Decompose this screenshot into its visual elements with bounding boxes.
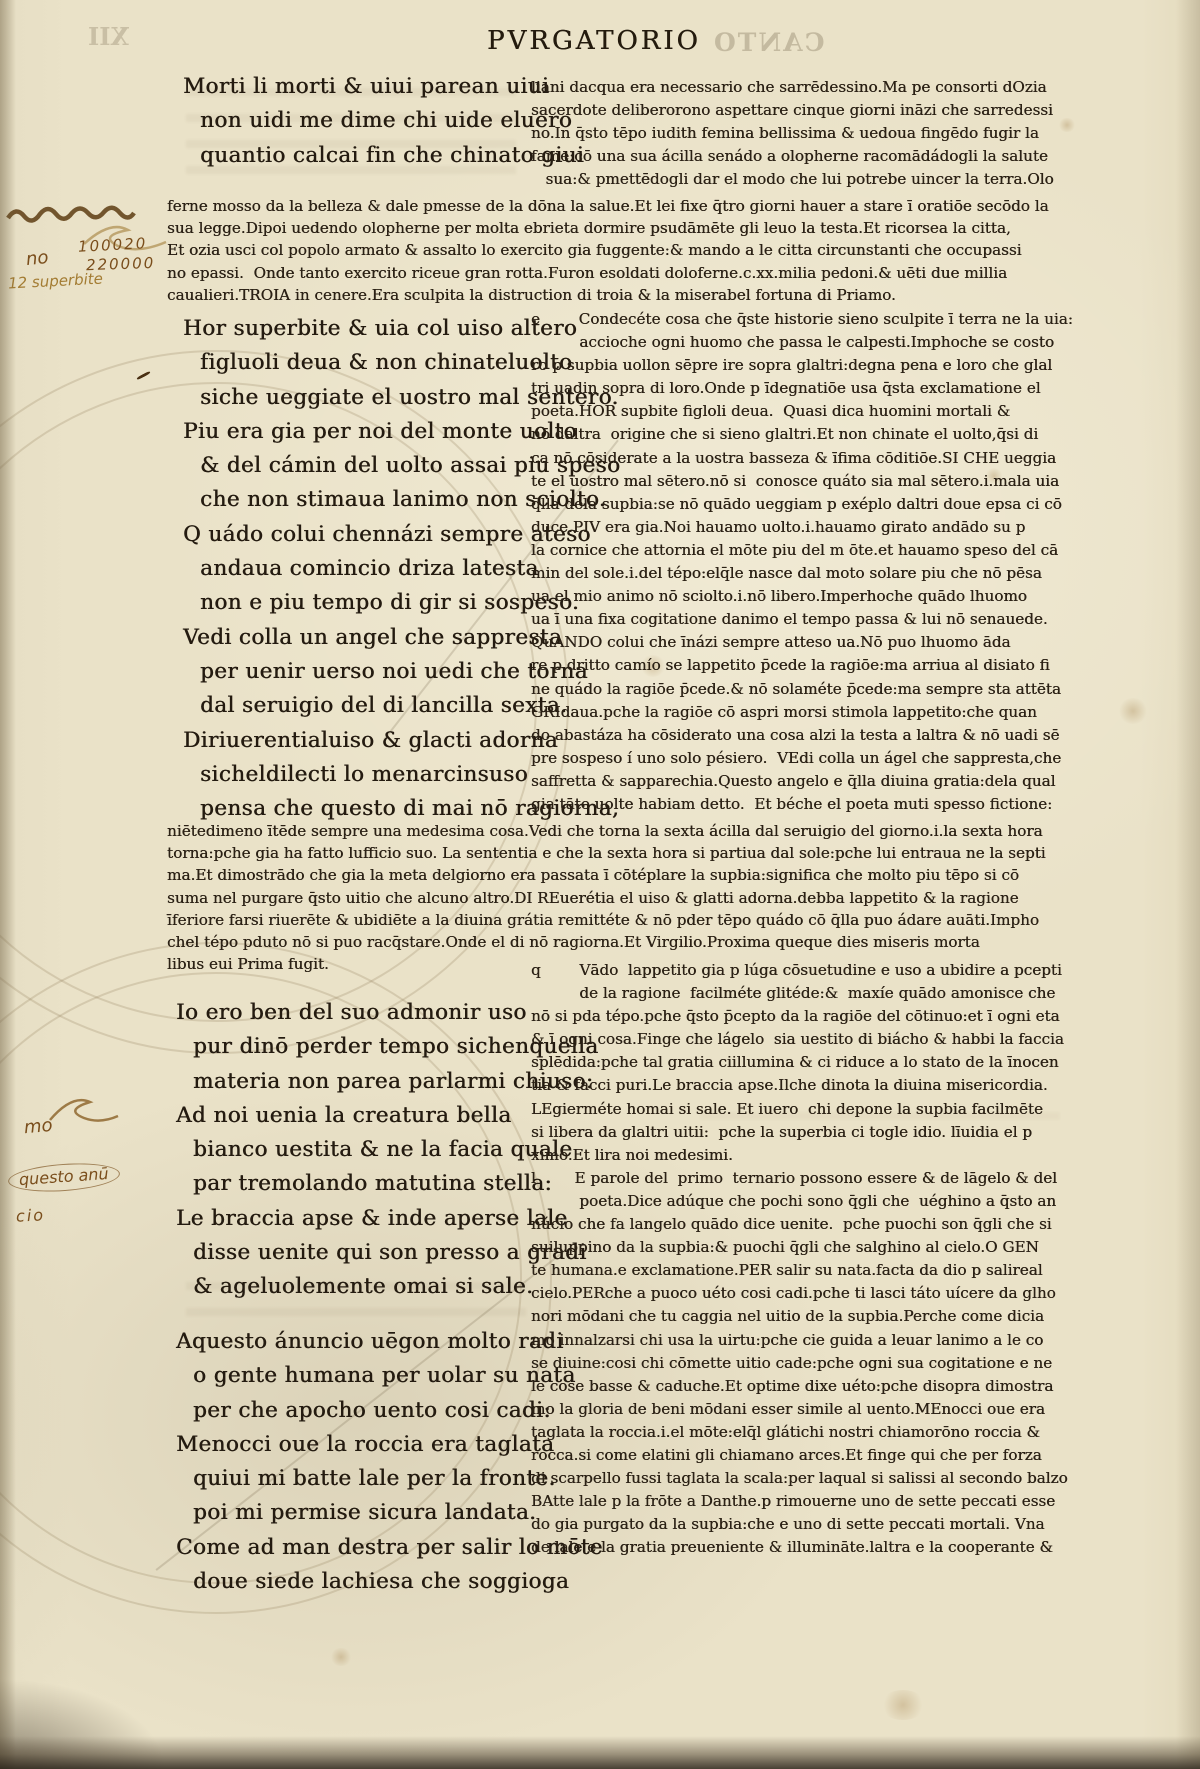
text-line: te el uostro mal sētero.nō si conosce … [531,472,1091,495]
text-line: te humana.e exclamatione.PER salir su na… [531,1261,1091,1284]
text-line: sua legge.Dipoi uedendo olopherne per mo… [167,219,1077,241]
page-edge-bottom [0,1736,1200,1769]
text-line: niētedimeno ītēde sempre una medesima… [167,822,1077,844]
text-line: ca nō cōsiderate a la uostra basseza &… [531,449,1091,472]
text-line: ua ī una fixa cogitatione danimo el tem… [531,610,1091,633]
text-line: saffretta & sapparechia.Questo angelo e … [531,772,1091,795]
text-line: ma.Et dimostrādo che gia la meta delgio… [167,866,1077,888]
text-line: sua:& pmettēdogli dar el modo che lui p… [531,170,1091,193]
foxing-spot [1118,698,1148,724]
book-page: XII PVRGATORIO CANTO Morti li morti & ui… [0,0,1200,1769]
text-line: gia tāte uolte habiam detto. Et béche … [531,795,1091,818]
text-line: chel tépo pduto nō si puo racq̄stare.O… [167,933,1077,955]
text-line: poeta.HOR supbite figloli deua. Quasi di… [531,402,1091,425]
text-line: & ī ogni cosa.Finge che lágelo sia ues… [531,1030,1091,1053]
text-line: suiluppino da la supbia:& puochi q̄gli c… [531,1238,1091,1261]
text-line: sacerdote deliberorono aspettare cinque … [531,101,1091,124]
text-line: doue siede lachiesa che soggioga [176,1569,603,1603]
text-line: nō daltra origine che si sieno glaltri.… [531,425,1091,448]
text-line: pre sospeso í uno solo pésiero. VEdi c… [531,749,1091,772]
margin-note-no: no [25,247,49,270]
page-edge-left [0,0,16,1769]
margin-note-word: 12 superbite [8,270,104,293]
commentary-lower-right: q Vādo lappetito gia p lúga cōsuetudi… [531,961,1091,1561]
text-line: tri uadin sopra di loro.Onde p īdegnati… [531,379,1091,402]
text-line: q̄lla dela supbia:se nō quādo ueggiam … [531,495,1091,518]
text-line: taglata la roccia.i.el mōte:elq̄l glát… [531,1423,1091,1446]
foxing-spot [330,1648,352,1666]
foxing-spot [880,1690,926,1720]
text-line: se diuine:cosi chi cōmette uitio cade:p… [531,1354,1091,1377]
text-line: caualieri.TROIA in cenere.Era sculpita l… [167,286,1077,308]
text-line: ximo.Et lira noi medesimi. [531,1146,1091,1169]
text-line: l E parole del primo ternario possono es… [531,1169,1091,1192]
verse-tercet-1: Morti li morti & uiui parean uiuinon uid… [183,74,584,177]
text-line: LEgierméte homai si sale. Et iuero chi … [531,1100,1091,1123]
text-line: min del sole.i.del tépo:elq̄le nasce da… [531,564,1091,587]
ghost-canto-number: XII [88,22,129,51]
text-line: de la ragione facilméte glitéde:& maxi… [531,984,1091,1007]
commentary-full-width-top: ferne mosso da la belleza & dale pmesse … [167,197,1077,308]
text-line: splēdida:pche tal gratia ciillumina & c… [531,1053,1091,1076]
text-line: īferiore farsi riuerēte & ubidiēte a … [167,911,1077,933]
text-line: quantio calcai fin che chinato giui [183,143,584,177]
running-head-title: PVRGATORIO [487,26,701,56]
margin-note-mo: mo [23,1115,53,1138]
text-line: Et ozia usci col popolo armato & assalto… [167,241,1077,263]
text-line: torna:pche gia ha fatto lufficio suo. La… [167,844,1077,866]
text-line: QuANDO colui che īnázi sempre atteso u… [531,633,1091,656]
text-line: ua el mio animo nō sciolto.i.nō libero… [531,587,1091,610]
margin-note-cio: cio [16,1205,46,1225]
text-line: di scarpello fussi taglata la scala:per … [531,1469,1091,1492]
text-line: GRIdaua.pche la ragiōe cō aspri morsi … [531,703,1091,726]
text-line: mo la gloria de beni mōdani esser simil… [531,1400,1091,1423]
margin-mark [136,371,151,381]
text-line: si libera da glaltri uitii: pche la supe… [531,1123,1091,1146]
text-line: liani dacqua era necessario che sarrēde… [531,78,1091,101]
text-line: suma nel purgare q̄sto uitio che alcuno … [167,889,1077,911]
ghost-canto-word: CANTO [712,28,825,57]
text-line: ne quádo la ragiōe p̄cede.& nō solame… [531,680,1091,703]
margin-note-numbers-1: 100020 [78,234,148,256]
text-line: ferne mosso da la belleza & dale pmesse … [167,197,1077,219]
text-line: non uidi me dime chi uide eluero [183,108,584,142]
text-line: de lale e la gratia preueniente & illumi… [531,1538,1091,1561]
text-line: mo innalzarsi chi usa la uirtu:pche cie … [531,1331,1091,1354]
text-line: fame:cō una sua ácilla senádo a oloph… [531,147,1091,170]
commentary-mid-right: e Condecéte cosa che q̄ste historie sie… [531,310,1091,818]
text-line: do abastáza ha cōsiderato una cosa alz… [531,726,1091,749]
commentary-top-right: liani dacqua era necessario che sarrēde… [531,78,1091,193]
commentary-full-width-mid: niētedimeno ītēde sempre una medesima… [167,822,1077,977]
text-line: e Condecéte cosa che q̄ste historie sie… [531,310,1091,333]
text-line: re p dritto camío se lappetito p̄cede l… [531,656,1091,679]
text-line: duce.PIV era gia.Noi hauamo uolto.i.haua… [531,518,1091,541]
text-line: Morti li morti & uiui parean uiui [183,74,584,108]
text-line: tia & facci puri.Le braccia apse.Ilche d… [531,1076,1091,1099]
text-line: ro p supbia uollon sēpre ire sopra glal… [531,356,1091,379]
text-line: rocca.si come elatini gli chiamano arces… [531,1446,1091,1469]
text-line: le cose basse & caduche.Et optime dixe u… [531,1377,1091,1400]
text-line: nō si pda tépo.pche q̄sto p̄cepto da l… [531,1007,1091,1030]
text-line: no epassi. Onde tanto exercito riceue gr… [167,264,1077,286]
page-edge-right [1176,0,1200,1769]
text-line: la cornice che attornia el mōte piu del… [531,541,1091,564]
text-line: núcio che fa langelo quādo dice uenite… [531,1215,1091,1238]
text-line: nori mōdani che tu caggia nel uitio de … [531,1307,1091,1330]
margin-note-circled: questo anū [7,1160,120,1195]
text-line: no.In q̄sto tēpo iudith femina bellissi… [531,124,1091,147]
text-line: do gia purgato da la supbia:che e uno di… [531,1515,1091,1538]
text-line: accioche ogni huomo che passa le calpest… [531,333,1091,356]
text-line: q Vādo lappetito gia p lúga cōsuetudi… [531,961,1091,984]
page-corner-shadow [0,1620,300,1769]
text-line: poeta.Dice adúque che pochi sono q̄gli … [531,1192,1091,1215]
text-line: cielo.PERche a puoco uéto cosi cadi.pch… [531,1284,1091,1307]
text-line: BAtte lale p la frōte a Danthe.p rimoue… [531,1492,1091,1515]
